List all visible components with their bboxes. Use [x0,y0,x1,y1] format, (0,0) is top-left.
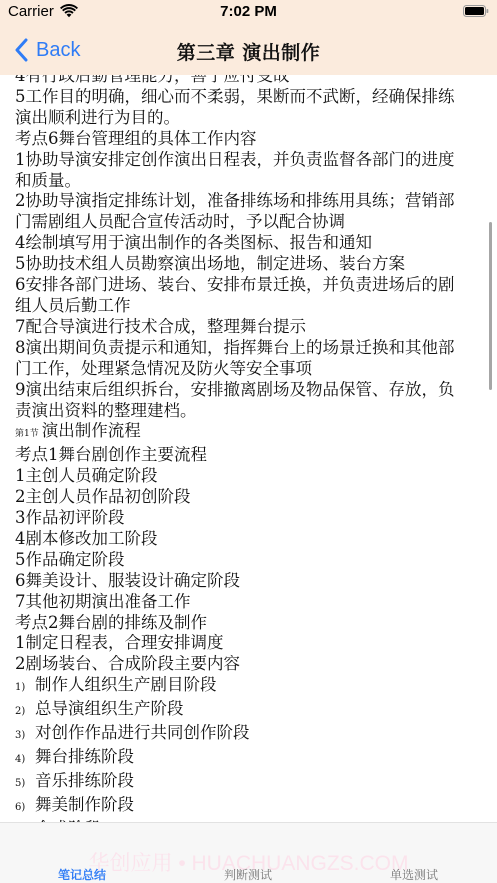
section-title: 演出制作流程 [42,421,141,440]
tab-single-choice-test[interactable]: 单选测试 [354,866,474,883]
text-line: 考点2舞台剧的排练及制作 [15,613,485,634]
item-number: 1) [15,678,25,699]
item-text: 对创作作品进行共同创作阶段 [35,723,250,742]
text-line: 5工作目的明确，细心而不柔弱，果断而不武断，经确保排练 [15,87,485,108]
section-tag: 第1节 [15,429,39,439]
text-line: 5作品确定阶段 [15,550,485,571]
item-text: 制作人组织生产剧目阶段 [35,675,217,694]
text-line: 6安排各部门进场、装台、安排布景迁换，并负责进场后的剧 [15,275,485,296]
text-line: 1制定日程表，合理安排调度 [15,633,485,654]
text-line: 7配合导演进行技术合成，整理舞台提示 [15,317,485,338]
text-line: 责演出资料的整理建档。 [15,401,485,422]
text-line: 门需剧组人员配合宣传活动时，予以配合协调 [15,212,485,233]
item-text: 舞美制作阶段 [35,795,134,814]
nav-bar: Back 第三章 演出制作 [0,26,497,75]
text-line: 组人员后勤工作 [15,296,485,317]
text-line: 1协助导演安排定创作演出日程表，并负责监督各部门的进度 [15,150,485,171]
notes-text: 4有行政后勤管理能力，善于应付变故 5工作目的明确，细心而不柔弱，果断而不武断，… [15,66,485,822]
section-heading: 第1节演出制作流程 [15,421,485,445]
text-line: 1主创人员确定阶段 [15,466,485,487]
tab-true-false-test[interactable]: 判断测试 [188,866,308,883]
item-number: 2) [15,702,25,723]
item-text: 总导演组织生产阶段 [35,699,184,718]
notes-content[interactable]: 4有行政后勤管理能力，善于应付变故 5工作目的明确，细心而不柔弱，果断而不武断，… [0,66,497,822]
text-line: 4剧本修改加工阶段 [15,529,485,550]
item-number: 3) [15,726,25,747]
vertical-scrollbar[interactable] [489,222,492,390]
screen: Carrier 7:02 PM Back 第三章 演出制作 4有行政后勤管理能力… [0,0,497,883]
text-line: 2剧场装台、合成阶段主要内容 [15,654,485,675]
text-line: 和质量。 [15,171,485,192]
text-line: 9演出结束后组织拆台，安排撤离剧场及物品保管、存放，负 [15,380,485,401]
text-line: 3作品初评阶段 [15,508,485,529]
numbered-item: 4)舞台排练阶段 [15,747,485,771]
status-bar: Carrier 7:02 PM [0,0,497,26]
page-title: 第三章 演出制作 [0,38,497,65]
numbered-item: 2)总导演组织生产阶段 [15,699,485,723]
text-line: 考点6舞台管理组的具体工作内容 [15,129,485,150]
text-line: 2主创人员作品初创阶段 [15,487,485,508]
item-text: 音乐排练阶段 [35,771,134,790]
item-number: 5) [15,774,25,795]
item-number: 6) [15,798,25,819]
tab-bar: 华创应用 • HUACHUANGZS.COM 笔记总结 判断测试 单选测试 [0,822,497,883]
numbered-item: 1)制作人组织生产剧目阶段 [15,675,485,699]
text-line: 6舞美设计、服装设计确定阶段 [15,571,485,592]
item-text: 舞台排练阶段 [35,747,134,766]
text-line: 考点1舞台剧创作主要流程 [15,445,485,466]
numbered-item: 6)舞美制作阶段 [15,795,485,819]
text-line: 5协助技术组人员勘察演出场地，制定进场、装台方案 [15,254,485,275]
text-line: 8演出期间负责提示和通知，指挥舞台上的场景迁换和其他部 [15,338,485,359]
text-line: 7其他初期演出准备工作 [15,592,485,613]
text-line: 门工作，处理紧急情况及防火等安全事项 [15,359,485,380]
battery-full-icon [463,5,489,17]
numbered-item: 3)对创作作品进行共同创作阶段 [15,723,485,747]
text-line: 4绘制填写用于演出制作的各类图标、报告和通知 [15,233,485,254]
clock: 7:02 PM [0,3,497,20]
numbered-item: 5)音乐排练阶段 [15,771,485,795]
text-line: 演出顺利进行为目的。 [15,108,485,129]
text-line: 2协助导演指定排练计划，准备排练场和排练用具练；营销部 [15,191,485,212]
item-number: 4) [15,750,25,771]
tab-notes-summary[interactable]: 笔记总结 [22,866,142,883]
